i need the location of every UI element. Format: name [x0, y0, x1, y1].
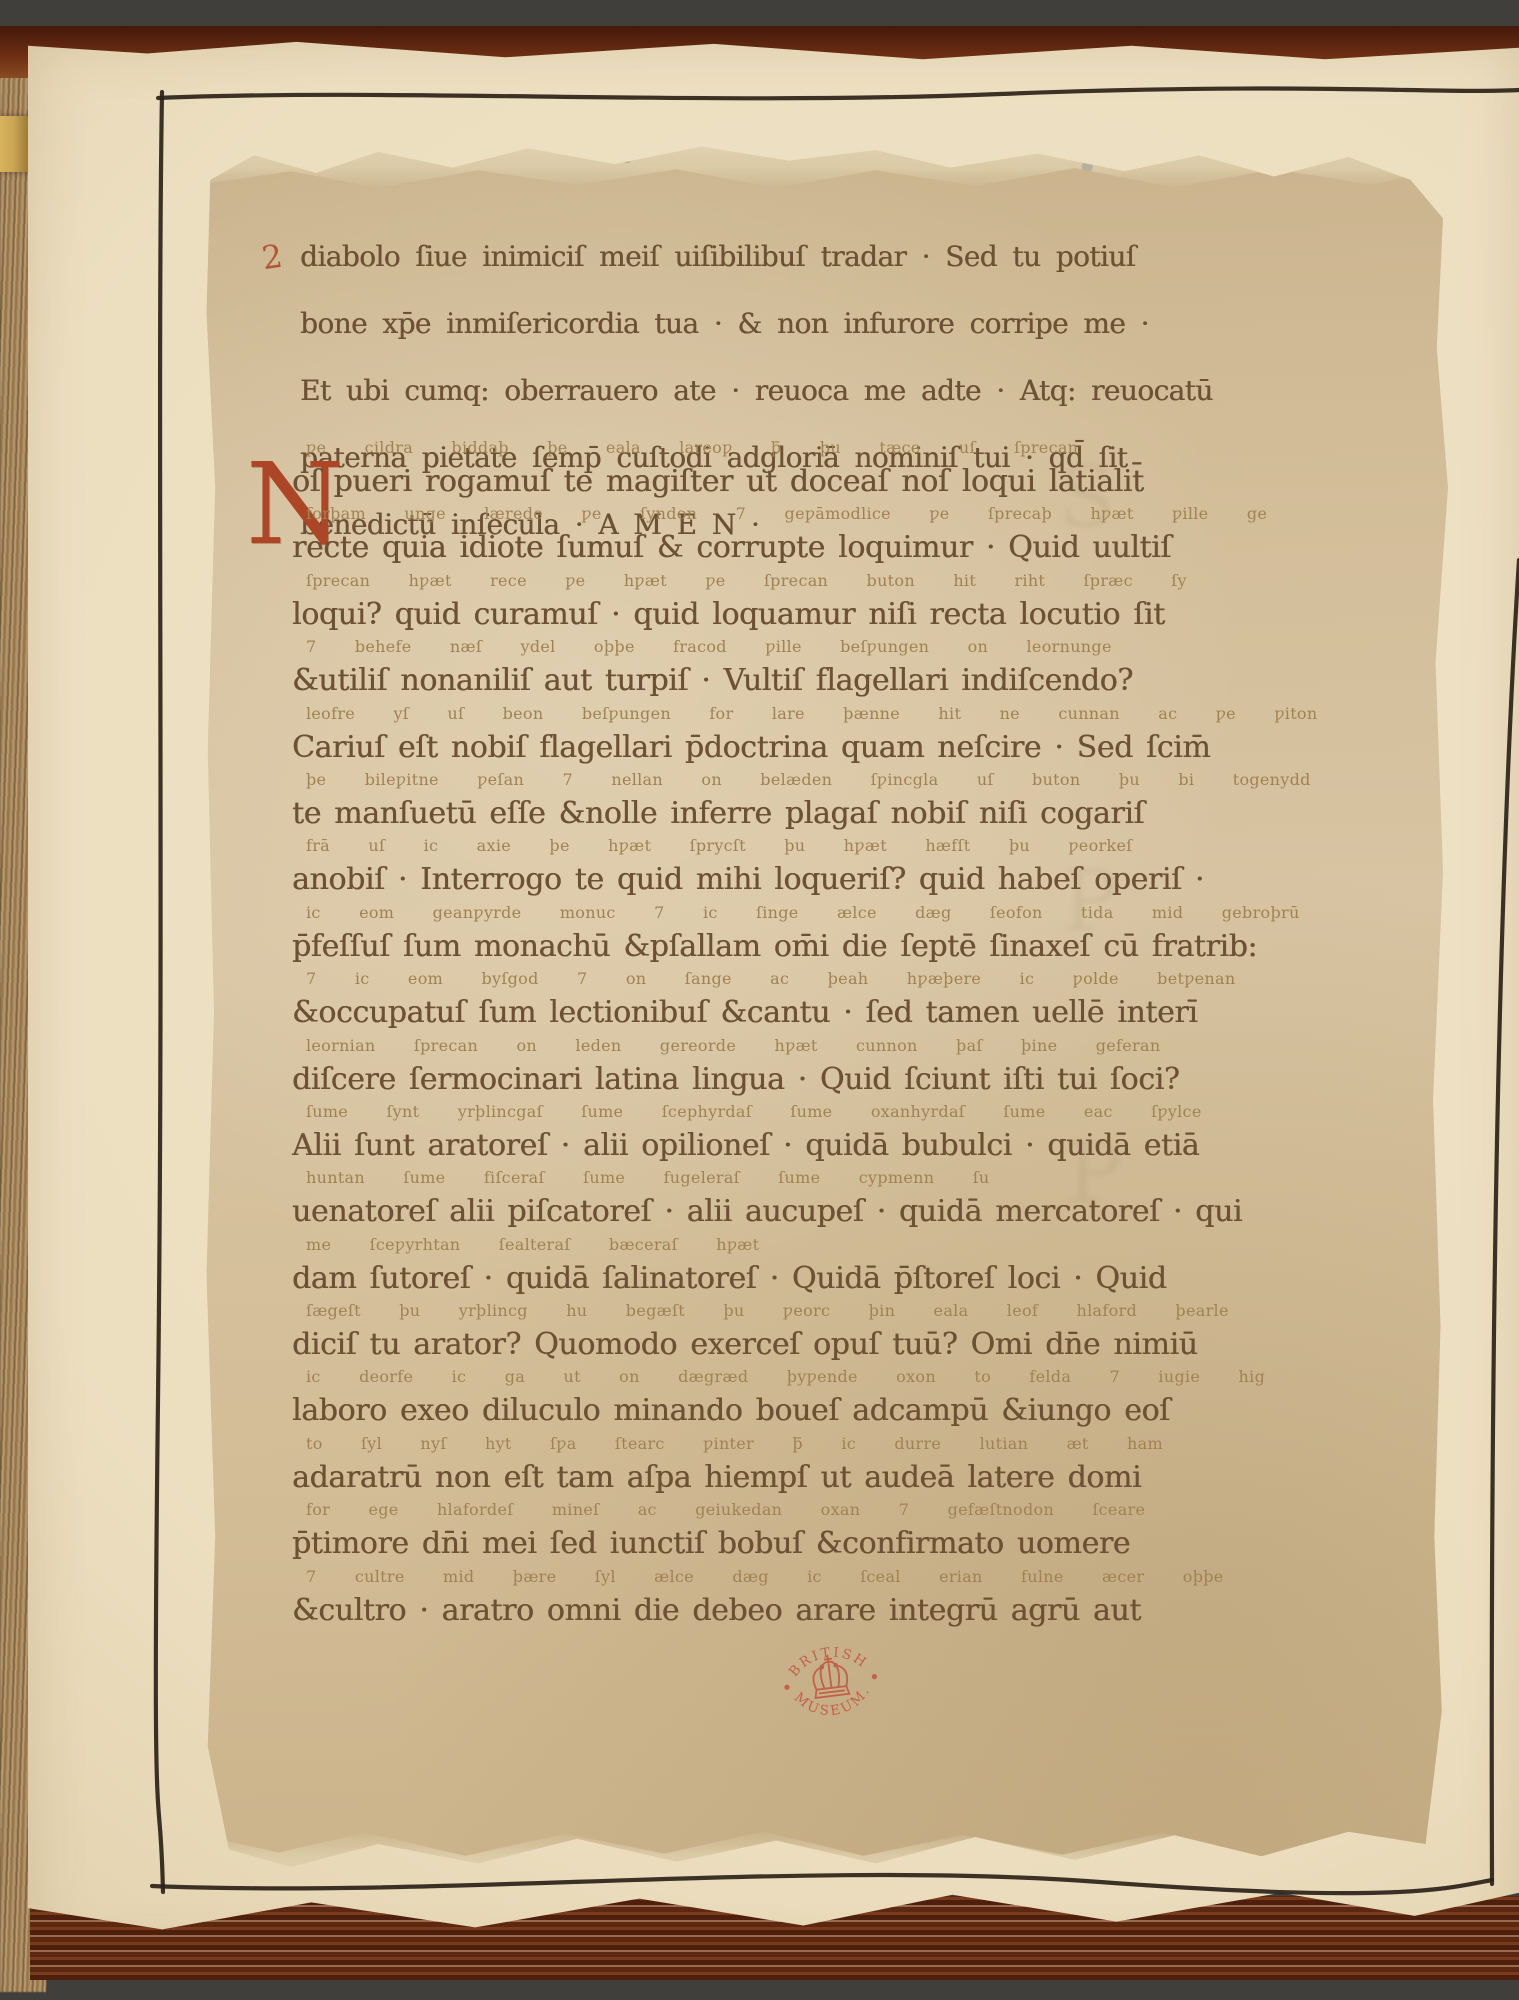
glossed-line: ſume ſynt yrþlincgaſ ſume ſcephyrdaſ ſum…	[292, 1102, 1442, 1168]
glossed-line: leornian ſprecan on leden gereorde hƿæt …	[292, 1036, 1442, 1102]
glossed-line: ſprecan hƿæt rece ƿe hƿæt ƿe ſprecan but…	[292, 571, 1442, 637]
latin-main-line: te manſuetū eſſe &nolle inferre plagaſ n…	[292, 792, 1442, 836]
latin-main-line: diſcere ſermocinari latina lingua · Quid…	[292, 1058, 1442, 1102]
old-english-gloss-line: 7 ic eom byſgod 7 on ſange ac þeah hƿæþe…	[292, 969, 1442, 991]
old-english-gloss-line: ic eom geanƿyrde monuc 7 ic ſinge ælce d…	[292, 903, 1442, 925]
old-english-gloss-line: ic deorfe ic ga ut on dægræd þyƿende oxo…	[292, 1367, 1442, 1389]
latin-main-line: dam ſutoreſ · quidā ſalinatoreſ · Quidā …	[292, 1257, 1442, 1301]
latin-main-line: uenatoreſ alii piſcatoreſ · alii aucupeſ…	[292, 1190, 1442, 1234]
old-english-gloss-line: frā uſ ic axie þe hƿæt ſprycſt þu hƿæt h…	[292, 836, 1442, 858]
british-museum-stamp: BRITISH MUSEUM.	[774, 1620, 885, 1731]
old-english-gloss-line: leornian ſprecan on leden gereorde hƿæt …	[292, 1036, 1442, 1058]
frame-right-line	[1492, 560, 1519, 1884]
glossed-line: ic deorfe ic ga ut on dægræd þyƿende oxo…	[292, 1367, 1442, 1433]
stamp-dot-right	[872, 1674, 878, 1680]
prayer-line: Et ubi cumq: oberrauero ate · reuoca me …	[300, 340, 1380, 407]
old-english-gloss-line: forþam unge lærede ƿe ſyndon 7 geƿāmodli…	[292, 504, 1442, 526]
glossed-colloquy-text-block: ƿe cildra biddaþ þe eala lareoƿ þ̄ þu tæ…	[292, 438, 1442, 1633]
old-english-gloss-line: huntan ſume fiſceraſ ſume fugeleraſ ſume…	[292, 1168, 1442, 1190]
latin-main-line: p̄timore dn̄i mei ſed iunctiſ bobuſ &con…	[292, 1522, 1442, 1566]
glossed-line: 7 behefe næſ ydel oþþe fracod ƿille beſƿ…	[292, 637, 1442, 703]
latin-main-line: Cariuſ eſt nobiſ flagellari p̄doctrina q…	[292, 726, 1442, 770]
stamp-dot-left	[784, 1684, 790, 1690]
photograph-of-bound-manuscript: S P P 2 diabolo ſiue inimiciſ meiſ uiſib…	[0, 0, 1519, 2000]
old-english-gloss-line: 7 cultre mid þære ſyl ælce dæg ic ſceal …	[292, 1567, 1442, 1589]
latin-main-line: laboro exeo diluculo minando boueſ adcam…	[292, 1389, 1442, 1433]
glossed-line: frā uſ ic axie þe hƿæt ſprycſt þu hƿæt h…	[292, 836, 1442, 902]
old-english-gloss-line: ƿe cildra biddaþ þe eala lareoƿ þ̄ þu tæ…	[292, 438, 1442, 460]
old-english-gloss-line: ſume ſynt yrþlincgaſ ſume ſcephyrdaſ ſum…	[292, 1102, 1442, 1124]
latin-main-line: adaratrū non eſt tam aſpa hiempſ ut aude…	[292, 1456, 1442, 1500]
old-english-gloss-line: ſægeſt þu yrþlincg hu begæſt þu ƿeorc þi…	[292, 1301, 1442, 1323]
glossed-line: leofre yſ uſ beon beſƿungen for lare þæn…	[292, 704, 1442, 770]
latin-main-line: &utiliſ nonaniliſ aut turpiſ · Vultiſ fl…	[292, 659, 1442, 703]
old-english-gloss-line: 7 behefe næſ ydel oþþe fracod ƿille beſƿ…	[292, 637, 1442, 659]
glossed-line: for ege hlafordeſ mineſ ac geiukedan oxa…	[292, 1500, 1442, 1566]
prayer-line: bone xp̄e inmiſericordia tua · & non inf…	[300, 273, 1380, 340]
glossed-line: forþam unge lærede ƿe ſyndon 7 geƿāmodli…	[292, 504, 1442, 570]
latin-main-line: &occupatuſ ſum lectionibuſ &cantu · ſed …	[292, 991, 1442, 1035]
frame-bottom-line	[152, 1875, 1492, 1893]
old-english-gloss-line: leofre yſ uſ beon beſƿungen for lare þæn…	[292, 704, 1442, 726]
glossed-line: 7 ic eom byſgod 7 on ſange ac þeah hƿæþe…	[292, 969, 1442, 1035]
old-english-gloss-line: to ſyl nyſ hyt ſƿa ſtearc ƿinter þ̄ ic d…	[292, 1434, 1442, 1456]
glossed-line: me ſceƿyrhtan ſealteraſ bæceraſ hƿætdam …	[292, 1235, 1442, 1301]
old-english-gloss-line: ſprecan hƿæt rece ƿe hƿæt ƿe ſprecan but…	[292, 571, 1442, 593]
latin-main-line: recte quia idiote ſumuſ & corrupte loqui…	[292, 526, 1442, 570]
latin-main-line: anobiſ · Interrogo te quid mihi loqueriſ…	[292, 858, 1442, 902]
glossed-line: to ſyl nyſ hyt ſƿa ſtearc ƿinter þ̄ ic d…	[292, 1434, 1442, 1500]
latin-main-line: oſ pueri rogamuſ te magiſter ut doceaſ n…	[292, 460, 1442, 504]
glossed-line: þe bileƿitne ƿeſan 7 nellan on belæden ſ…	[292, 770, 1442, 836]
glossed-line: ſægeſt þu yrþlincg hu begæſt þu ƿeorc þi…	[292, 1301, 1442, 1367]
frame-top-line	[158, 89, 1519, 99]
latin-main-line: p̄feſſuſ ſum monachū &pſallam om̄i die ſ…	[292, 925, 1442, 969]
old-english-gloss-line: me ſceƿyrhtan ſealteraſ bæceraſ hƿæt	[292, 1235, 1442, 1257]
old-english-gloss-line: þe bileƿitne ƿeſan 7 nellan on belæden ſ…	[292, 770, 1442, 792]
latin-main-line: Alii ſunt aratoreſ · alii opilioneſ · qu…	[292, 1124, 1442, 1168]
latin-main-line: diciſ tu arator? Quomodo exerceſ opuſ tu…	[292, 1323, 1442, 1367]
latin-main-line: loqui? quid curamuſ · quid loquamur niſi…	[292, 593, 1442, 637]
frame-left-line	[156, 92, 163, 1892]
glossed-line: ic eom geanƿyrde monuc 7 ic ſinge ælce d…	[292, 903, 1442, 969]
glossed-line: ƿe cildra biddaþ þe eala lareoƿ þ̄ þu tæ…	[292, 438, 1442, 504]
glossed-line: huntan ſume fiſceraſ ſume fugeleraſ ſume…	[292, 1168, 1442, 1234]
old-english-gloss-line: for ege hlafordeſ mineſ ac geiukedan oxa…	[292, 1500, 1442, 1522]
prayer-line: diabolo ſiue inimiciſ meiſ uiſibilibuſ t…	[300, 206, 1380, 273]
